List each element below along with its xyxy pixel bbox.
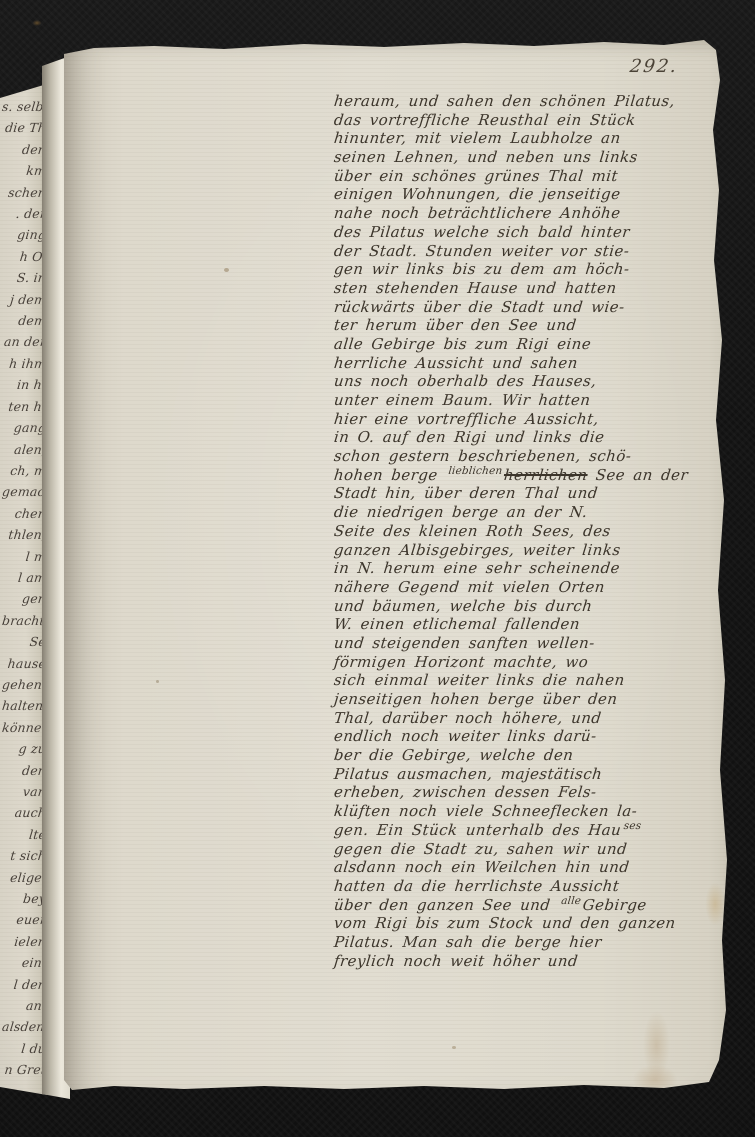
stain-top-left [30,18,44,28]
manuscript-text: gegen die Stadt zu, sahen wir und [333,840,628,858]
manuscript-text: gen. Ein Stück unterhalb des Hau [333,821,622,839]
previous-page-line-fragment: j dem [1,289,45,310]
previous-page-fragments: s. selbst,die Thdenkmschen. dergingh O.S… [1,96,45,1081]
manuscript-line: heraum, und sahen den schönen Pilatus, [333,92,727,111]
manuscript-text: ber die Gebirge, welche den [333,746,574,764]
previous-page-line-fragment: schen [1,182,45,203]
manuscript-text: erheben, zwischen dessen Fels- [333,783,597,801]
previous-page-line-fragment: h O. [1,246,45,267]
manuscript-text: unter einem Baum. Wir hatten [333,391,591,409]
previous-page-line-fragment: euer [1,909,45,930]
manuscript-line: ter herum über den See und [333,316,727,335]
manuscript-line: der Stadt. Stunden weiter vor stie- [333,242,727,261]
manuscript-text: Thal, darüber noch höhere, und [333,709,602,727]
manuscript-text: hinunter, mit vielem Laubholze an [333,129,622,147]
manuscript-line: klüften noch viele Schneeflecken la- [333,802,727,821]
previous-page-line-fragment: dem [1,310,45,331]
manuscript-line: rückwärts über die Stadt und wie- [333,298,727,317]
manuscript-text: sich einmal weiter links die nahen [333,671,626,689]
manuscript-text: hatten da die herrlichste Aussicht [333,877,620,895]
manuscript-line: sich einmal weiter links die nahen [333,671,727,690]
manuscript-line: alsdann noch ein Weilchen hin und [333,858,727,877]
manuscript-text: Stadt hin, über deren Thal und [333,484,599,502]
manuscript-text: W. einen etlichemal fallenden [333,615,581,633]
manuscript-line: ganzen Albisgebirges, weiter links [333,541,727,560]
manuscript-line: W. einen etlichemal fallenden [333,615,727,634]
stain-bottom-right [620,988,690,1092]
previous-page-line-fragment: l am [1,567,45,588]
previous-page-line-fragment: l m [1,546,45,567]
manuscript-text: vom Rigi bis zum Stock und den ganzen [333,914,677,932]
previous-page-line-fragment: g zu [1,738,45,759]
manuscript-line: schon gestern beschriebenen, schö- [333,447,727,466]
manuscript-line: einigen Wohnungen, die jenseitige [333,185,727,204]
manuscript-text: herrliche Aussicht und sahen [333,354,579,372]
manuscript-text: in O. auf den Rigi und links die [333,428,605,446]
manuscript-text: die niedrigen berge an der N. [333,503,588,521]
previous-page-line-fragment: die Th [1,117,45,138]
previous-page-line-fragment: hause [1,653,45,674]
manuscript-text: See an der [587,466,689,484]
paper-speck [156,680,159,683]
previous-page-line-fragment: gemacht [1,481,45,502]
manuscript-line: uns noch oberhalb des Hauses, [333,372,727,391]
previous-page-line-fragment: . der [1,203,45,224]
manuscript-line: freylich noch weit höher und [333,952,727,971]
inserted-word: ses [623,820,642,832]
previous-page-line-fragment: ten hi [1,396,45,417]
manuscript-text: gen wir links bis zu dem am höch- [333,260,630,278]
paper-speck [452,1046,456,1049]
previous-page-line-fragment: gang [1,417,45,438]
manuscript-text: Pilatus ausmachen, majestätisch [333,765,603,783]
manuscript-line: des Pilatus welche sich bald hinter [333,223,727,242]
manuscript-line: sten stehenden Hause und hatten [333,279,727,298]
page-number: 292. [629,56,742,77]
manuscript-line: gen. Ein Stück unterhalb des Hauses [333,821,727,840]
manuscript-line: hohen berge lieblichenherrlichen See an … [333,466,727,485]
previous-page-line-fragment: n Gret [1,1059,45,1080]
previous-page-line-fragment: an der [1,331,45,352]
previous-page-line-fragment: lte [1,824,45,845]
previous-page-line-fragment: ielen [1,931,45,952]
inserted-word: alle [560,895,581,907]
manuscript-line: Seite des kleinen Roth Sees, des [333,522,727,541]
manuscript-text-block: heraum, und sahen den schönen Pilatus,da… [333,92,725,970]
previous-page-line-fragment: s. selbst, [1,96,45,117]
manuscript-text: jenseitigen hohen berge über den [333,690,618,708]
manuscript-line: hatten da die herrlichste Aussicht [333,877,727,896]
manuscript-line: das vortreffliche Reusthal ein Stück [333,111,727,130]
manuscript-text: sten stehenden Hause und hatten [333,279,618,297]
manuscript-line: unter einem Baum. Wir hatten [333,391,727,410]
previous-page-line-fragment: den [1,139,45,160]
manuscript-line: gen wir links bis zu dem am höch- [333,260,727,279]
manuscript-text: Pilatus. Man sah die berge hier [333,933,603,951]
manuscript-text: uns noch oberhalb des Hauses, [333,372,597,390]
manuscript-text: der Stadt. Stunden weiter vor stie- [333,242,630,260]
manuscript-text: ganzen Albisgebirges, weiter links [333,541,622,559]
previous-page-line-fragment: km [1,160,45,181]
manuscript-line: Stadt hin, über deren Thal und [333,484,727,503]
manuscript-text: heraum, und sahen den schönen Pilatus, [333,92,676,110]
manuscript-text: klüften noch viele Schneeflecken la- [333,802,638,820]
manuscript-text: das vortreffliche Reusthal ein Stück [333,111,637,129]
previous-page-line-fragment: ein. [1,952,45,973]
previous-page-line-fragment: chen [1,503,45,524]
manuscript-line: ber die Gebirge, welche den [333,746,727,765]
manuscript-line: gegen die Stadt zu, sahen wir und [333,840,727,859]
manuscript-line: in O. auf den Rigi und links die [333,428,727,447]
manuscript-line: und bäumen, welche bis durch [333,597,727,616]
manuscript-text: alle Gebirge bis zum Rigi eine [333,335,592,353]
manuscript-text: und steigenden sanften wellen- [333,634,596,652]
previous-page-line-fragment: van [1,781,45,802]
previous-page-line-fragment: ch, m [1,460,45,481]
previous-page-line-fragment: auch [1,802,45,823]
manuscript-line: alle Gebirge bis zum Rigi eine [333,335,727,354]
manuscript-line: endlich noch weiter links darü- [333,727,727,746]
previous-page-edge: s. selbst,die Thdenkmschen. dergingh O.S… [0,84,47,1097]
manuscript-text: ter herum über den See und [333,316,578,334]
manuscript-line: seinen Lehnen, und neben uns links [333,148,727,167]
previous-page-line-fragment: alen, [1,439,45,460]
previous-page-line-fragment: an. [1,995,45,1016]
manuscript-line: hinunter, mit vielem Laubholze an [333,129,727,148]
manuscript-text: und bäumen, welche bis durch [333,597,593,615]
previous-page-line-fragment: l den [1,974,45,995]
manuscript-text: schon gestern beschriebenen, schö- [333,447,632,465]
previous-page-line-fragment: l du [1,1038,45,1059]
manuscript-text: alsdann noch ein Weilchen hin und [333,858,630,876]
previous-page-line-fragment: halten. [1,695,45,716]
previous-page-line-fragment: ging [1,224,45,245]
struck-word: herrlichen [503,466,588,484]
manuscript-line: jenseitigen hohen berge über den [333,690,727,709]
previous-page-line-fragment: brachten [1,610,45,631]
manuscript-text: in N. herum eine sehr scheinende [333,559,621,577]
previous-page-line-fragment: können [1,717,45,738]
previous-page-line-fragment: den [1,760,45,781]
previous-page-line-fragment: h ihm [1,353,45,374]
manuscript-line: vom Rigi bis zum Stock und den ganzen [333,914,727,933]
manuscript-text: über den ganzen See und [333,896,560,914]
manuscript-line: Pilatus. Man sah die berge hier [333,933,727,952]
previous-page-line-fragment: gen [1,588,45,609]
manuscript-line: und steigenden sanften wellen- [333,634,727,653]
manuscript-text: seinen Lehnen, und neben uns links [333,148,639,166]
previous-page-line-fragment: Se [1,631,45,652]
manuscript-line: förmigen Horizont machte, wo [333,653,727,672]
previous-page-line-fragment: bey [1,888,45,909]
manuscript-text: einigen Wohnungen, die jenseitige [333,185,621,203]
previous-page-line-fragment: elige. [1,867,45,888]
manuscript-text: endlich noch weiter links darü- [333,727,598,745]
previous-page-line-fragment: alsdem [1,1016,45,1037]
previous-page-line-fragment: in hi [1,374,45,395]
paper-speck [224,268,229,272]
previous-page-line-fragment: S. in [1,267,45,288]
manuscript-text: Gebirge [582,896,648,914]
manuscript-line: hier eine vortreffliche Aussicht, [333,410,727,429]
previous-page-line-fragment: t sich [1,845,45,866]
manuscript-line: nahe noch beträchtlichere Anhöhe [333,204,727,223]
manuscript-text: über ein schönes grünes Thal mit [333,167,619,185]
manuscript-line: über den ganzen See und alleGebirge [333,896,727,915]
manuscript-text: hohen berge [333,466,447,484]
manuscript-line: Thal, darüber noch höhere, und [333,709,727,728]
manuscript-text: hier eine vortreffliche Aussicht, [333,410,600,428]
inserted-word: lieblichen [448,465,503,477]
manuscript-text: Seite des kleinen Roth Sees, des [333,522,612,540]
manuscript-text: des Pilatus welche sich bald hinter [333,223,631,241]
photograph-background: { "manuscript": { "page_number": "292.",… [0,0,755,1137]
manuscript-text: nahe noch beträchtlichere Anhöhe [333,204,622,222]
manuscript-text: rückwärts über die Stadt und wie- [333,298,626,316]
manuscript-text: förmigen Horizont machte, wo [333,653,589,671]
manuscript-line: Pilatus ausmachen, majestätisch [333,765,727,784]
manuscript-text: freylich noch weit höher und [333,952,579,970]
manuscript-line: die niedrigen berge an der N. [333,503,727,522]
previous-page-line-fragment: thlen, [1,524,45,545]
manuscript-line: herrliche Aussicht und sahen [333,354,727,373]
manuscript-line: erheben, zwischen dessen Fels- [333,783,727,802]
manuscript-line: nähere Gegend mit vielen Orten [333,578,727,597]
manuscript-page: 292. heraum, und sahen den schönen Pilat… [64,40,728,1092]
manuscript-line: in N. herum eine sehr scheinende [333,559,727,578]
previous-page-line-fragment: gehend. [1,674,45,695]
manuscript-text: nähere Gegend mit vielen Orten [333,578,606,596]
manuscript-line: über ein schönes grünes Thal mit [333,167,727,186]
